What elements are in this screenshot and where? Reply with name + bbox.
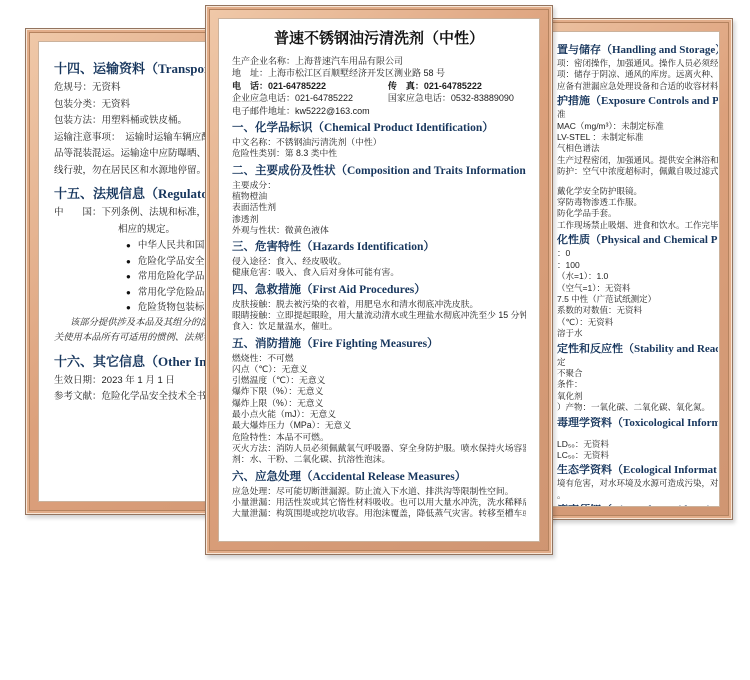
doc-line: ●准	[557, 109, 718, 120]
doc-line: ●（水=1）：1.0	[557, 271, 718, 282]
doc-line: ●护措施（Exposure Controls and P	[557, 95, 718, 108]
doc-line-text: 境有危害，对水环境及水源可造成污染，对鱼	[557, 478, 718, 488]
doc-line-text: 主要成分：	[232, 180, 276, 190]
doc-line-text: 危险性类别：第 8.3 类中性	[232, 148, 337, 158]
doc-line-text: 三、危害特性（Hazards Identification）	[232, 241, 435, 253]
doc-line-text: 常用化学危险品储	[138, 287, 214, 298]
doc-line-text: 生效日期：2023 年 1 月 1 日	[54, 375, 175, 386]
doc-line: ●三、危害特性（Hazards Identification）	[232, 240, 526, 254]
corp-emergency-line: 企业应急电话：021-64785222	[232, 92, 388, 104]
doc-line-text: 二、主要成份及性状（Composition and Traits Informa…	[232, 165, 526, 177]
doc-line-text: 最大爆炸压力（MPa）：无意义	[232, 420, 351, 430]
doc-line-text: 十四、运输资料（Transpor	[54, 61, 210, 76]
doc-line: ●。	[557, 490, 718, 501]
doc-line-text: 条件：	[557, 379, 583, 389]
doc-line-text: 护措施（Exposure Controls and P	[557, 95, 718, 107]
doc-line: ●MAC（mg/m³）：未制定标准	[557, 121, 718, 132]
doc-line-text: MAC（mg/m³）：未制定标准	[557, 121, 664, 131]
doc-line-text: 置与储存（Handling and Storage）	[557, 44, 718, 56]
doc-line-text: 常用危险化学品的	[138, 271, 214, 282]
doc-line: ●闪点（℃）：无意义	[232, 364, 526, 375]
doc-line: ●皮肤接触：脱去被污染的衣着，用肥皂水和清水彻底冲洗皮肤。	[232, 299, 526, 310]
doc-line: ●废弃须知（Disposal Consideration	[557, 504, 718, 507]
doc-line-text: 食入：饮足量温水，催吐。	[232, 321, 338, 331]
doc-line: ●危险性类别：第 8.3 类中性	[232, 148, 526, 159]
doc-line: ●大量泄漏：构筑围堤或挖坑收容。用泡沫覆盖，降低蒸气灾害。转移至槽车或专用收集器…	[232, 508, 526, 519]
doc-line-text: 皮肤接触：脱去被污染的衣着，用肥皂水和清水彻底冲洗皮肤。	[232, 299, 478, 309]
bullet-icon: ●	[126, 241, 131, 250]
doc-line-text: （空气=1）：无资料	[557, 283, 630, 293]
doc-line-text: 关使用本品所有可适用的惯例、法规和	[54, 333, 212, 343]
doc-line: ●LD₅₀：无资料	[557, 439, 718, 450]
doc-line: ●化性质（Physical and Chemical P	[557, 234, 718, 247]
doc-line-text: 不聚合	[557, 368, 583, 378]
doc-line-text: 溶于水	[557, 328, 583, 338]
doc-line-text: （水=1）：1.0	[557, 271, 608, 281]
doc-line: ●：0	[557, 248, 718, 259]
doc-line: ●最大爆炸压力（MPa）：无意义	[232, 420, 526, 431]
doc-line-text: 工作现场禁止吸烟、进食和饮水。工作完毕，	[557, 220, 718, 230]
center-doc-content: 普速不锈钢油污清洗剂（中性） 生产企业名称：上海普速汽车用品有限公司 地 址：上…	[219, 19, 539, 519]
doc-line: ●四、急救措施（First Aid Procedures）	[232, 283, 526, 297]
doc-line-text: 爆炸上限（%）：无意义	[232, 398, 323, 408]
center-doc-sections: ●一、化学品标识（Chemical Product Identification…	[232, 121, 526, 519]
doc-line-text: 危规号：无资料	[54, 82, 121, 93]
doc-line-text: 十六、其它信息（Other In	[54, 354, 207, 369]
doc-line-text: 灭火方法：消防人员必须佩戴氧气呼吸器、穿全身防护服。喷水保持火场容器冷却，直至灭…	[232, 443, 526, 453]
center-page-sheet: 普速不锈钢油污清洗剂（中性） 生产企业名称：上海普速汽车用品有限公司 地 址：上…	[218, 18, 540, 542]
doc-line: ●二、主要成份及性状（Composition and Traits Inform…	[232, 164, 526, 178]
doc-line-text: 十五、法规信息（Regulato	[54, 186, 208, 201]
doc-line-text: 植物橙油	[232, 191, 267, 201]
doc-line: ●中文名称：不锈钢油污清洗剂（中性）	[232, 137, 526, 148]
doc-line-text: 定性和反应性（Stability and Reac	[557, 343, 718, 355]
doc-line-text: 项：储存于阴凉、通风的库房。远离火种、热	[557, 69, 718, 79]
doc-line-text: 参考文献：危险化学品安全技术全书，	[54, 391, 216, 402]
phone-line: 电 话：021-64785222	[232, 80, 388, 92]
company-name-line: 生产企业名称：上海普速汽车用品有限公司	[232, 55, 526, 67]
page-msds-front: 普速不锈钢油污清洗剂（中性） 生产企业名称：上海普速汽车用品有限公司 地 址：上…	[205, 5, 553, 555]
doc-line: ●LV-STEL ：未制定标准	[557, 132, 718, 143]
doc-line: ●表面活性剂	[232, 202, 526, 213]
doc-line-text: ：0	[557, 248, 570, 258]
doc-line: ●外观与性状：微黄色液体	[232, 225, 526, 236]
doc-line: ●健康危害：吸入、食入后对身体可能有害。	[232, 267, 526, 278]
doc-line: ●防化学品手套。	[557, 208, 718, 219]
doc-line: ●毒理学资料（Toxicological Inform	[557, 417, 718, 430]
doc-line-text: （℃）：无资料	[557, 317, 613, 327]
doc-line: ●定	[557, 357, 718, 368]
doc-line-text: 准	[557, 109, 566, 119]
doc-line-text: 剂：水、干粉、二氧化碳、抗溶性泡沫。	[232, 454, 390, 464]
doc-line: ●引燃温度（℃）：无意义	[232, 375, 526, 386]
doc-line: ●项：密闭操作，加强通风。操作人员必须经过	[557, 58, 718, 69]
doc-line-text: 戴化学安全防护眼镜。	[557, 186, 642, 196]
doc-line-text: 最小点火能（mJ）：无意义	[232, 409, 336, 419]
doc-line-text: LV-STEL ：未制定标准	[557, 132, 643, 142]
doc-line-text: 项：密闭操作，加强通风。操作人员必须经过	[557, 58, 718, 68]
doc-line: ●眼睛接触：立即提起眼睑，用大量流动清水或生理盐水彻底冲洗至少 15 分钟。就医…	[232, 310, 526, 321]
doc-line-text: 。	[557, 490, 566, 500]
doc-line: ●7.5 中性（广范试纸测定）	[557, 294, 718, 305]
doc-line: ●气相色谱法	[557, 143, 718, 154]
doc-line-text: 气相色谱法	[557, 143, 600, 153]
doc-line: ●渗透剂	[232, 214, 526, 225]
bullet-icon: ●	[126, 272, 131, 281]
doc-line-text: 健康危害：吸入、食入后对身体可能有害。	[232, 267, 399, 277]
doc-line: ●剂：水、干粉、二氧化碳、抗溶性泡沫。	[232, 454, 526, 465]
doc-line: ●最小点火能（mJ）：无意义	[232, 409, 526, 420]
doc-line: ●溶于水	[557, 328, 718, 339]
doc-line: ●侵入途径：食入、经皮吸收。	[232, 256, 526, 267]
doc-line: ●应急处理：尽可能切断泄漏源。防止流入下水道、排洪沟等限制性空间。	[232, 486, 526, 497]
doc-line-text: 系数的对数值：无资料	[557, 305, 642, 315]
doc-line-text: LC₅₀：无资料	[557, 450, 609, 460]
doc-line-text: 五、消防措施（Fire Fighting Measures）	[232, 338, 439, 350]
national-emergency-line: 国家应急电话：0532-83889090	[388, 92, 514, 104]
doc-line: ●危险特性：本品不可燃。	[232, 432, 526, 443]
doc-line: ●植物橙油	[232, 191, 526, 202]
doc-line: ●氧化剂	[557, 391, 718, 402]
doc-line-text: 危险化学品安全管	[138, 256, 214, 267]
doc-line: ●爆炸下限（%）：无意义	[232, 386, 526, 397]
doc-line-text: 化性质（Physical and Chemical P	[557, 234, 717, 246]
doc-line-text: ：100	[557, 260, 580, 270]
doc-line: ●定性和反应性（Stability and Reac	[557, 343, 718, 356]
doc-line: ●	[557, 431, 718, 439]
doc-line: ●LC₅₀：无资料	[557, 450, 718, 461]
doc-line: ●爆炸上限（%）：无意义	[232, 398, 526, 409]
doc-line-text: 应急处理：尽可能切断泄漏源。防止流入下水道、排洪沟等限制性空间。	[232, 486, 514, 496]
doc-line-text: 相应的规定。	[118, 224, 175, 235]
doc-line: ●防护：空气中浓度超标时，佩戴自吸过滤式防毒	[557, 166, 718, 177]
doc-line-text: 运输注意事项： 运输时运输车辆应配	[54, 132, 211, 143]
phone-fax-row: 电 话：021-64785222 传 真：021-64785222	[232, 80, 526, 92]
doc-line-text: 燃烧性：不可燃	[232, 353, 294, 363]
doc-line: ●六、应急处理（Accidental Release Measures）	[232, 470, 526, 484]
emergency-phone-row: 企业应急电话：021-64785222 国家应急电话：0532-83889090	[232, 92, 526, 104]
doc-line-text: 毒理学资料（Toxicological Inform	[557, 417, 718, 429]
doc-line: ●生态学资料（Ecological Informat	[557, 464, 718, 477]
doc-line-text: 中华人民共和国环	[138, 240, 214, 251]
doc-line: ●工作现场禁止吸烟、进食和饮水。工作完毕，	[557, 220, 718, 231]
doc-line-text: ）产物：一氧化碳、二氧化碳、氧化氮。	[557, 402, 710, 412]
document-workspace: ●十四、运输资料（Transpor ●危规号：无资料 ●包装分类：无资料 ●包装…	[0, 0, 750, 680]
doc-line: ●小量泄漏：用活性炭或其它惰性材料吸收。也可以用大量水冲洗，洗水稀释后放入废水系…	[232, 497, 526, 508]
doc-line-text: 线行驶，勿在居民区和水源地停留。铁	[54, 165, 216, 176]
doc-line-text: 该部分提供涉及本品及其组分的法	[70, 318, 209, 328]
doc-line-text: 7.5 中性（广范试纸测定）	[557, 294, 656, 304]
doc-line: ●穿防毒物渗透工作服。	[557, 197, 718, 208]
doc-line-text: 品等混装混运。运输途中应防曝晒、雨	[54, 148, 216, 159]
doc-line-text: 外观与性状：微黄色液体	[232, 225, 329, 235]
doc-line: ●五、消防措施（Fire Fighting Measures）	[232, 337, 526, 351]
doc-line-text: 中文名称：不锈钢油污清洗剂（中性）	[232, 137, 382, 147]
address-line: 地 址：上海市松江区百顺墅经济开发区测业路 58 号	[232, 67, 526, 79]
doc-line-text: 大量泄漏：构筑围堤或挖坑收容。用泡沫覆盖，降低蒸气灾害。转移至槽车或专用收集器内…	[232, 508, 526, 518]
doc-line: ●食入：饮足量温水，催吐。	[232, 321, 526, 332]
doc-line-text: 闪点（℃）：无意义	[232, 364, 308, 374]
doc-line-text: 定	[557, 357, 566, 367]
doc-line-text: 氧化剂	[557, 391, 583, 401]
doc-line-text: 危险货物包装标志	[138, 302, 214, 313]
doc-line-text: 渗透剂	[232, 214, 258, 224]
doc-line-text: 小量泄漏：用活性炭或其它惰性材料吸收。也可以用大量水冲洗，洗水稀释后放入废水系统…	[232, 497, 526, 507]
doc-line-text: 侵入途径：食入、经皮吸收。	[232, 256, 346, 266]
doc-line-text: 应备有泄漏应急处理设备和合适的收容材料。	[557, 81, 718, 91]
doc-line-text: 引燃温度（℃）：无意义	[232, 375, 325, 385]
doc-line: ●戴化学安全防护眼镜。	[557, 186, 718, 197]
doc-line: ●主要成分：	[232, 180, 526, 191]
doc-line: ●一、化学品标识（Chemical Product Identification…	[232, 121, 526, 135]
right-doc-content: ●置与储存（Handling and Storage） ●项：密闭操作，加强通风…	[557, 41, 718, 507]
doc-line: ●（空气=1）：无资料	[557, 283, 718, 294]
doc-line: ●置与储存（Handling and Storage）	[557, 44, 718, 57]
doc-line-text: 防护：空气中浓度超标时，佩戴自吸过滤式防毒	[557, 166, 718, 176]
doc-line: ●系数的对数值：无资料	[557, 305, 718, 316]
doc-line-text: 废弃须知（Disposal Consideration	[557, 504, 718, 507]
doc-line: ●）产物：一氧化碳、二氧化碳、氧化氮。	[557, 402, 718, 413]
doc-line-text: 眼睛接触：立即提起眼睑，用大量流动清水或生理盐水彻底冲洗至少 15 分钟。就医。	[232, 310, 526, 320]
doc-line-text: 生态学资料（Ecological Informat	[557, 464, 717, 476]
doc-line-text: 生产过程密闭，加强通风。提供安全淋浴和洗	[557, 155, 718, 165]
doc-line: ●条件：	[557, 379, 718, 390]
bullet-icon: ●	[126, 303, 131, 312]
doc-line: ●项：储存于阴凉、通风的库房。远离火种、热	[557, 69, 718, 80]
doc-line: ●燃烧性：不可燃	[232, 353, 526, 364]
bullet-icon: ●	[126, 257, 131, 266]
doc-line-text: 爆炸下限（%）：无意义	[232, 386, 323, 396]
doc-line: ●：100	[557, 260, 718, 271]
email-line: 电子邮件地址：kw5222@163.com	[232, 105, 526, 117]
fax-line: 传 真：021-64785222	[388, 80, 482, 92]
doc-line: ●不聚合	[557, 368, 718, 379]
doc-line-text: 中 国：下列条例、法规和标准，对	[54, 207, 216, 218]
doc-line-text: 表面活性剂	[232, 202, 276, 212]
doc-line-text: 防化学品手套。	[557, 208, 617, 218]
doc-line: ●生产过程密闭，加强通风。提供安全淋浴和洗	[557, 155, 718, 166]
doc-line-text: 四、急救措施（First Aid Procedures）	[232, 284, 426, 296]
doc-line-text: 包装分类：无资料	[54, 99, 130, 110]
doc-line: ●灭火方法：消防人员必须佩戴氧气呼吸器、穿全身防护服。喷水保持火场容器冷却，直至…	[232, 443, 526, 454]
doc-line: ●应备有泄漏应急处理设备和合适的收容材料。	[557, 81, 718, 92]
document-title: 普速不锈钢油污清洗剂（中性）	[232, 27, 526, 48]
doc-line: ●	[557, 178, 718, 186]
doc-line: ●（℃）：无资料	[557, 317, 718, 328]
doc-line-text: 穿防毒物渗透工作服。	[557, 197, 642, 207]
doc-line-text: 一、化学品标识（Chemical Product Identification）	[232, 122, 494, 134]
doc-line-text: 包装方法：用塑料桶或铁皮桶。	[54, 115, 187, 126]
doc-line: ●境有危害，对水环境及水源可造成污染，对鱼	[557, 478, 718, 489]
doc-line-text: 六、应急处理（Accidental Release Measures）	[232, 471, 466, 483]
doc-line-text: LD₅₀：无资料	[557, 439, 609, 449]
bullet-icon: ●	[126, 288, 131, 297]
doc-line-text: 危险特性：本品不可燃。	[232, 432, 329, 442]
